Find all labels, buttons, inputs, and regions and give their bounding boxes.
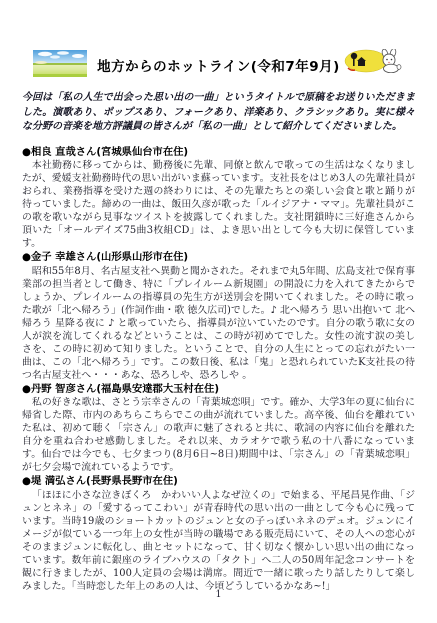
section-text: 「ほほに小さな泣きぼくろ かわいい人よなぜ泣くの」で始まる、平尾昌晃作曲、「ジュ… [22, 489, 415, 593]
section-tanno: ●丹野 智彦さん(福島県安達郡大玉村在住) 私の好きな歌は、さとう宗幸さんの「青… [22, 382, 415, 475]
page-header: 地方からのホットライン(令和7年9月) [0, 48, 437, 82]
section-heading: ●丹野 智彦さん(福島県安達郡大玉村在住) [22, 382, 415, 397]
rabbit-mascot-icon [344, 49, 406, 73]
section-text: 私の好きな歌は、さとう宗幸さんの「青葉城恋唄」です。確か、大学3年の夏に仙台に帰… [22, 396, 415, 474]
section-sagara: ●相良 直哉さん(宮城県仙台市在住) 本社勤務に移ってからは、勤務後に先輩、同僚… [22, 145, 415, 251]
section-heading: ●相良 直哉さん(宮城県仙台市在住) [22, 145, 415, 160]
document-page: 地方からのホットライン(令和7年9月) 今回は「私の人生で出会った思い出の一曲」… [0, 0, 437, 623]
page-number: 1 [0, 589, 437, 600]
section-kaneko: ●金子 幸雄さん(山形県山形市在住) 昭和55年8月、名古屋支社へ異動と聞かされ… [22, 250, 415, 382]
intro-paragraph: 今回は「私の人生で出会った思い出の一曲」というタイトルで原稿をお送りいただきまし… [22, 91, 415, 135]
section-text: 昭和55年8月、名古屋支社へ異動と聞かされた。それまで丸5年間、広島支社で保育事… [22, 265, 415, 382]
section-tsutsumi: ●堤 満弘さん(長野県長野市在住) 「ほほに小さな泣きぼくろ かわいい人よなぜ泣… [22, 474, 415, 593]
section-heading: ●金子 幸雄さん(山形県山形市在住) [22, 250, 415, 265]
document-body: 今回は「私の人生で出会った思い出の一曲」というタイトルで原稿をお送りいただきまし… [22, 91, 415, 593]
section-text: 本社勤務に移ってからは、勤務後に先輩、同僚と飲んで歌っての生活はなくなりましたが… [22, 159, 415, 250]
section-heading: ●堤 満弘さん(長野県長野市在住) [22, 474, 415, 489]
